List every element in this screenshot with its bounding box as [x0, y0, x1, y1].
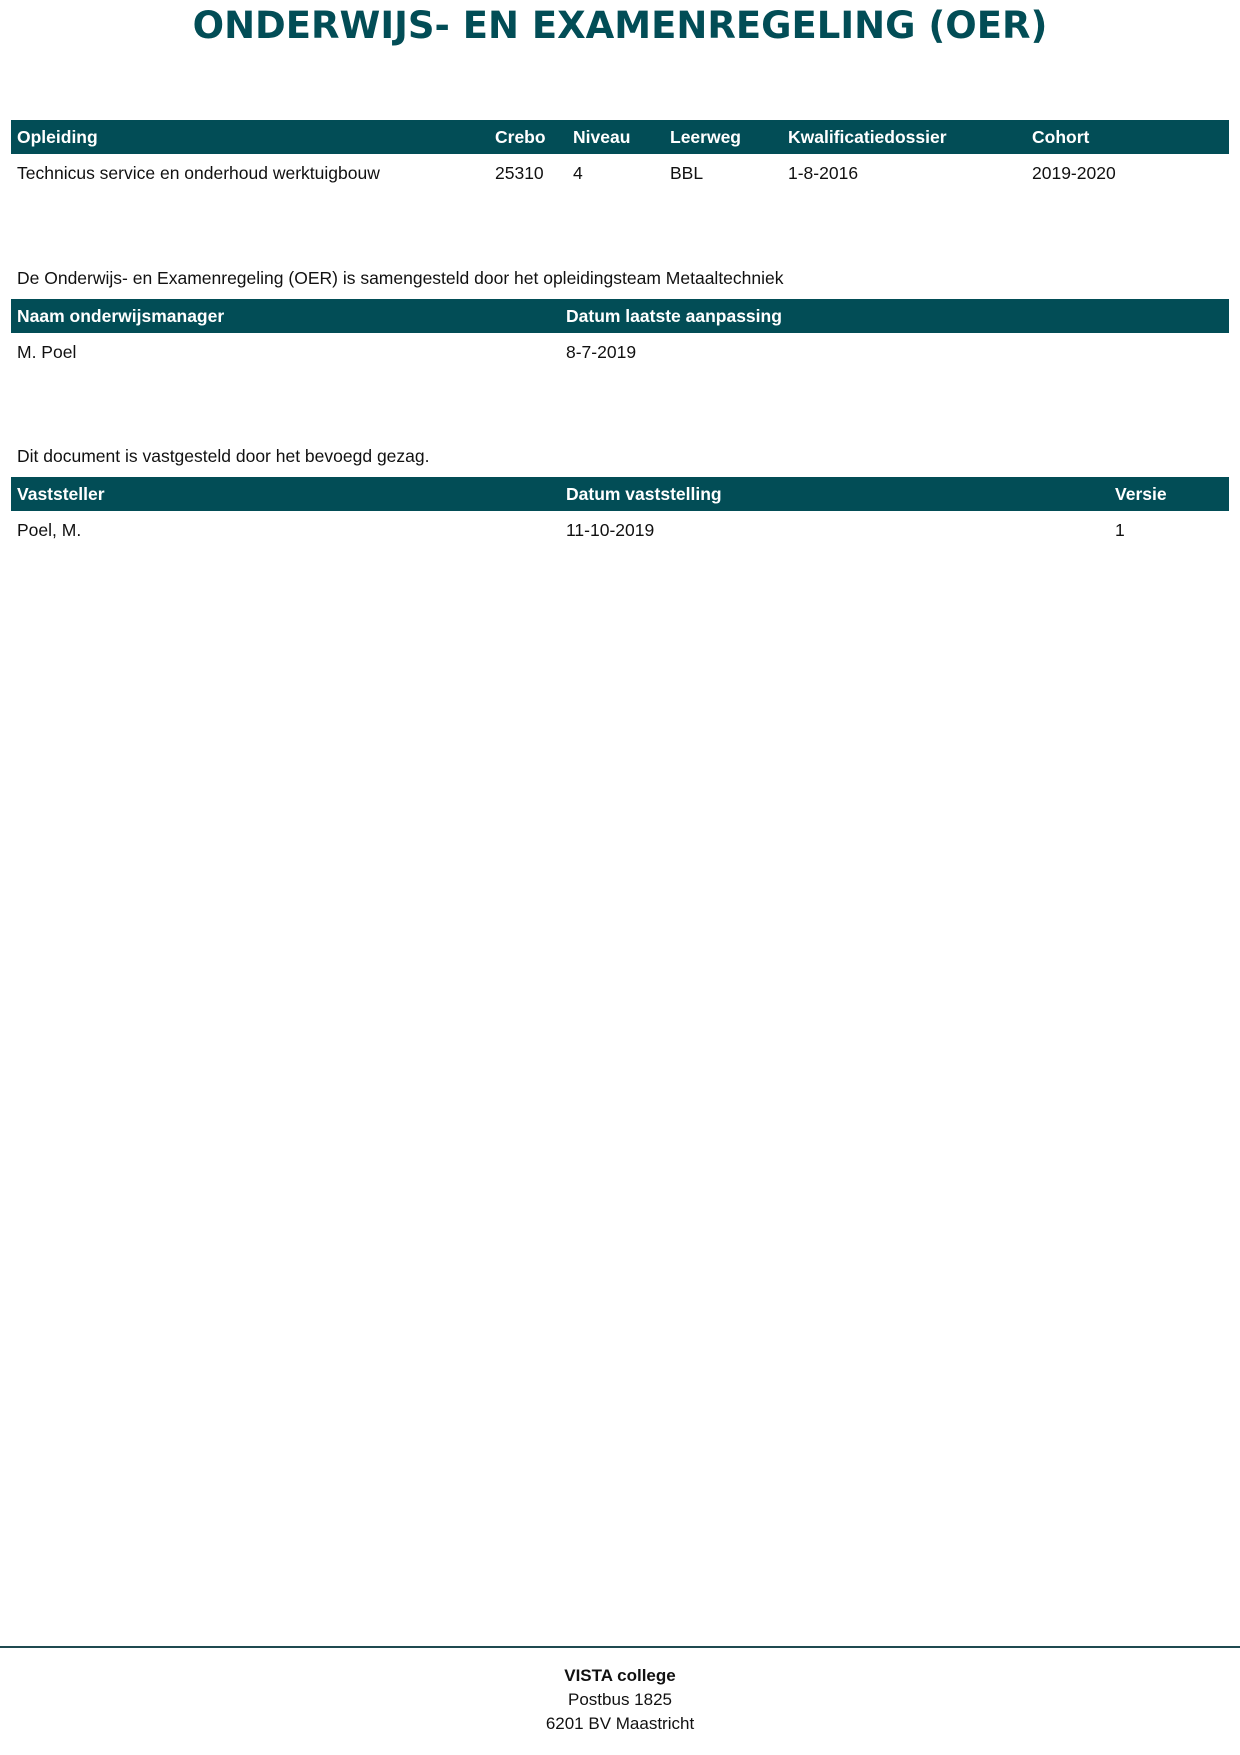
footer: VISTA college Postbus 1825 6201 BV Maast…	[0, 1664, 1240, 1736]
cell-crebo: 25310	[489, 154, 567, 192]
composition-table-header-row: Naam onderwijsmanager Datum laatste aanp…	[11, 299, 1229, 333]
composition-table: Naam onderwijsmanager Datum laatste aanp…	[11, 299, 1229, 371]
header-version: Versie	[1109, 477, 1229, 511]
footer-divider	[0, 1646, 1240, 1648]
header-kwalificatiedossier: Kwalificatiedossier	[782, 120, 1026, 154]
cell-kwalificatiedossier: 1-8-2016	[782, 154, 1026, 192]
header-last-modified: Datum laatste aanpassing	[560, 299, 1229, 333]
header-leerweg: Leerweg	[664, 120, 782, 154]
cell-adopter: Poel, M.	[11, 511, 560, 549]
header-crebo: Crebo	[489, 120, 567, 154]
cell-niveau: 4	[567, 154, 664, 192]
adoption-intro: Dit document is vastgesteld door het bev…	[17, 446, 429, 466]
footer-address-line1: Postbus 1825	[0, 1688, 1240, 1712]
composition-intro: De Onderwijs- en Examenregeling (OER) is…	[17, 268, 784, 288]
cell-last-modified: 8-7-2019	[560, 333, 1229, 371]
footer-address-line2: 6201 BV Maastricht	[0, 1712, 1240, 1736]
footer-organization: VISTA college	[0, 1664, 1240, 1688]
adoption-table-header-row: Vaststeller Datum vaststelling Versie	[11, 477, 1229, 511]
cell-leerweg: BBL	[664, 154, 782, 192]
program-table: Opleiding Crebo Niveau Leerweg Kwalifica…	[11, 120, 1229, 192]
cell-manager: M. Poel	[11, 333, 560, 371]
header-manager: Naam onderwijsmanager	[11, 299, 560, 333]
table-row: Technicus service en onderhoud werktuigb…	[11, 154, 1229, 192]
program-table-header-row: Opleiding Crebo Niveau Leerweg Kwalifica…	[11, 120, 1229, 154]
header-cohort: Cohort	[1026, 120, 1229, 154]
cell-opleiding: Technicus service en onderhoud werktuigb…	[11, 154, 489, 192]
cell-version: 1	[1109, 511, 1229, 549]
header-adopter: Vaststeller	[11, 477, 560, 511]
header-niveau: Niveau	[567, 120, 664, 154]
table-row: M. Poel 8-7-2019	[11, 333, 1229, 371]
cell-adoption-date: 11-10-2019	[560, 511, 1109, 549]
adoption-table: Vaststeller Datum vaststelling Versie Po…	[11, 477, 1229, 549]
header-opleiding: Opleiding	[11, 120, 489, 154]
header-adoption-date: Datum vaststelling	[560, 477, 1109, 511]
document-title: ONDERWIJS- EN EXAMENREGELING (OER)	[0, 2, 1240, 50]
table-row: Poel, M. 11-10-2019 1	[11, 511, 1229, 549]
cell-cohort: 2019-2020	[1026, 154, 1229, 192]
